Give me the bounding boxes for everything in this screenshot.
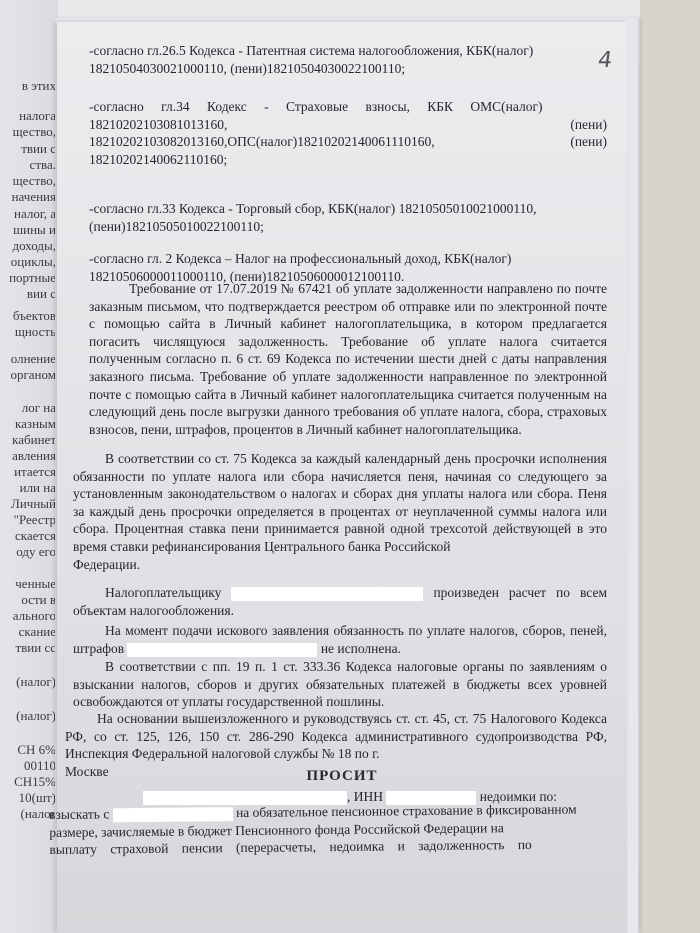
kbk-code: 18210202103082013160,ОПС(налог)182102021…	[89, 134, 435, 149]
left-page-text-fragment: ства.	[30, 157, 56, 173]
left-page-text-fragment: авления	[12, 448, 56, 464]
left-page-text-fragment: итается	[14, 464, 56, 480]
heading-prosit: ПРОСИТ	[57, 768, 627, 785]
kbk-item-trade-fee: -согласно гл.33 Кодекса - Торговый сбор,…	[89, 200, 607, 235]
paragraph-text: В соответствии со ст. 75 Кодекса за кажд…	[73, 450, 607, 556]
kbk-line: -согласно гл.33 Кодекса - Торговый сбор,…	[89, 200, 607, 218]
left-page-text-fragment: "Реестр	[14, 512, 56, 528]
left-page-text-fragment: щество,	[13, 124, 56, 140]
left-page-text-fragment: оциклы,	[11, 254, 56, 270]
kbk-line: -согласно гл. 2 Кодекса – Налог на профе…	[89, 250, 607, 268]
kbk-line: (пени)18210505010022100110;	[89, 218, 607, 236]
left-page-text-fragment: Личный	[11, 496, 56, 512]
left-page-text-fragment: твии сс	[15, 640, 56, 656]
paragraph-text: Налогоплательщику	[105, 585, 221, 600]
kbk-item-insurance: -согласно гл.34 Кодекс - Страховые взнос…	[89, 98, 607, 168]
left-page-text-fragment: скается	[15, 528, 56, 544]
kbk-item-patent: -согласно гл.26.5 Кодекса - Патентная си…	[89, 42, 607, 77]
kbk-line: 18210202103081013160,(пени)	[89, 116, 607, 134]
left-page-text-fragment: 10(шт)	[19, 790, 56, 806]
paragraph-text: взыскать с	[49, 806, 109, 822]
left-page-text-fragment: СН 6%	[17, 742, 56, 758]
left-page-text-fragment: казным	[15, 416, 56, 432]
kbk-line: -согласно гл.34 Кодекс - Страховые взнос…	[89, 98, 607, 116]
left-page-text-fragment: скание	[19, 624, 56, 640]
kbk-line: 18210504030021000110, (пени)182105040300…	[89, 60, 607, 78]
left-page-text-fragment: твии с	[21, 141, 56, 157]
left-page-text-fragment: лог на	[22, 400, 56, 416]
left-page-text-fragment: доходы,	[12, 238, 56, 254]
redacted-text	[127, 643, 317, 657]
paragraph-text: не исполнена.	[321, 641, 401, 656]
left-page-text-fragment: щность	[15, 324, 56, 340]
left-page-text-fragment: ости в	[21, 592, 56, 608]
kbk-line: -согласно гл.26.5 Кодекса - Патентная си…	[89, 42, 607, 60]
left-underlying-page: в этихналогащество,твии сства.щество,нач…	[0, 0, 58, 933]
paragraph-text: Федерации.	[73, 556, 607, 574]
left-page-text-fragment: начения	[12, 189, 56, 205]
kbk-line: 18210202140062110160;	[89, 151, 607, 169]
calculation-paragraph: Налогоплательщику произведен расчет по в…	[73, 584, 607, 619]
kbk-line: 18210202103082013160,ОПС(налог)182102021…	[89, 133, 607, 151]
state-fee-paragraph: В соответствии с пп. 19 п. 1 ст. 333.36 …	[73, 658, 607, 711]
left-page-text-fragment: ченные	[15, 576, 56, 592]
paragraph-text: На основании вышеизложенного и руководст…	[65, 710, 607, 763]
left-page-text-fragment: (налог)	[16, 708, 56, 724]
kbk-penalty-label: (пени)	[570, 116, 607, 134]
paragraph-text: В соответствии с пп. 19 п. 1 ст. 333.36 …	[73, 658, 607, 711]
left-page-text-fragment: кабинет	[12, 432, 56, 448]
left-page-text-fragment: в этих	[22, 78, 56, 94]
document-page: 4 -согласно гл.26.5 Кодекса - Патентная …	[57, 22, 627, 933]
left-page-text-fragment: щество,	[13, 173, 56, 189]
left-page-text-fragment: 00110	[24, 758, 56, 774]
paragraph-text: Требование от 17.07.2019 № 67421 об упла…	[89, 280, 607, 438]
left-page-text-fragment: ального	[13, 608, 56, 624]
claim-paragraph: На момент подачи искового заявления обяз…	[73, 622, 607, 657]
requirement-paragraph: Требование от 17.07.2019 № 67421 об упла…	[89, 280, 607, 438]
collect-block: взыскать с на обязательное пенсионное ст…	[49, 800, 608, 859]
penalty-paragraph: В соответствии со ст. 75 Кодекса за кажд…	[73, 450, 607, 573]
left-page-text-fragment: налог, а	[14, 206, 56, 222]
left-page-text-fragment: шины и	[13, 222, 56, 238]
left-page-text-fragment: налога	[19, 108, 56, 124]
left-page-text-fragment: бъектов	[13, 308, 56, 324]
kbk-code: 18210202103081013160,	[89, 117, 227, 132]
left-page-text-fragment: олнение	[11, 351, 56, 367]
left-page-text-fragment: портные	[9, 270, 56, 286]
left-page-text-fragment: (налог)	[16, 674, 56, 690]
kbk-penalty-label: (пени)	[570, 133, 607, 151]
left-page-text-fragment: или на	[20, 480, 56, 496]
redacted-name	[113, 807, 233, 822]
left-page-text-fragment: СН15%	[14, 774, 56, 790]
left-page-text-fragment: оду его	[16, 544, 56, 560]
paragraph-text: на обязательное пенсионное страхование в…	[236, 801, 577, 820]
left-page-text-fragment: вии с	[27, 286, 56, 302]
redacted-name	[231, 587, 423, 601]
left-page-text-fragment: органом	[10, 367, 56, 383]
